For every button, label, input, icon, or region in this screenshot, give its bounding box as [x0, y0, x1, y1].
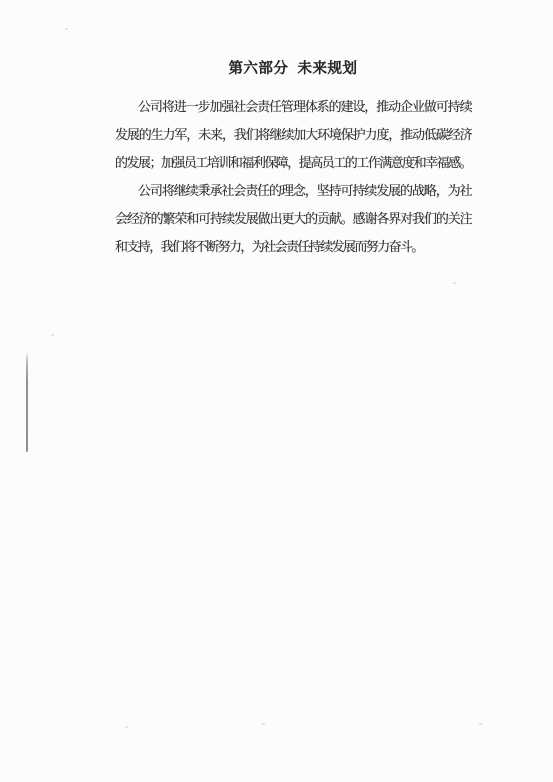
scan-speck: [65, 28, 68, 30]
scan-speck: [453, 282, 456, 284]
document-body: 公司将进一步加强社会责任管理体系的建设，推动企业做可持续 发展的生力军，未来，我…: [115, 93, 471, 261]
paragraph-2: 公司将继续秉承社会责任的理念，坚持可持续发展的战略，为社 会经济的繁荣和可持续发…: [115, 177, 471, 261]
text-line: 会经济的繁荣和可持续发展做出更大的贡献。感谢各界对我们的关注: [115, 205, 471, 233]
text-line: 和支持，我们将不断努力，为社会责任持续发展而努力奋斗。: [115, 233, 471, 261]
text-line: 公司将进一步加强社会责任管理体系的建设，推动企业做可持续: [115, 93, 471, 121]
scan-speck: [262, 723, 265, 725]
scan-speck: [51, 334, 54, 336]
section-title: 第六部分 未来规划: [115, 57, 471, 78]
scan-speck: [479, 723, 482, 725]
scan-speck: [125, 726, 128, 728]
paragraph-1: 公司将进一步加强社会责任管理体系的建设，推动企业做可持续 发展的生力军，未来，我…: [115, 93, 471, 177]
scanned-document-page: 第六部分 未来规划 公司将进一步加强社会责任管理体系的建设，推动企业做可持续 发…: [0, 0, 553, 782]
text-line: 发展的生力军，未来，我们将继续加大环境保护力度，推动低碳经济: [115, 121, 471, 149]
text-line: 的发展；加强员工培训和福利保障，提高员工的工作满意度和幸福感。: [115, 149, 471, 177]
scan-artifact-line: [26, 352, 28, 452]
text-line: 公司将继续秉承社会责任的理念，坚持可持续发展的战略，为社: [115, 177, 471, 205]
